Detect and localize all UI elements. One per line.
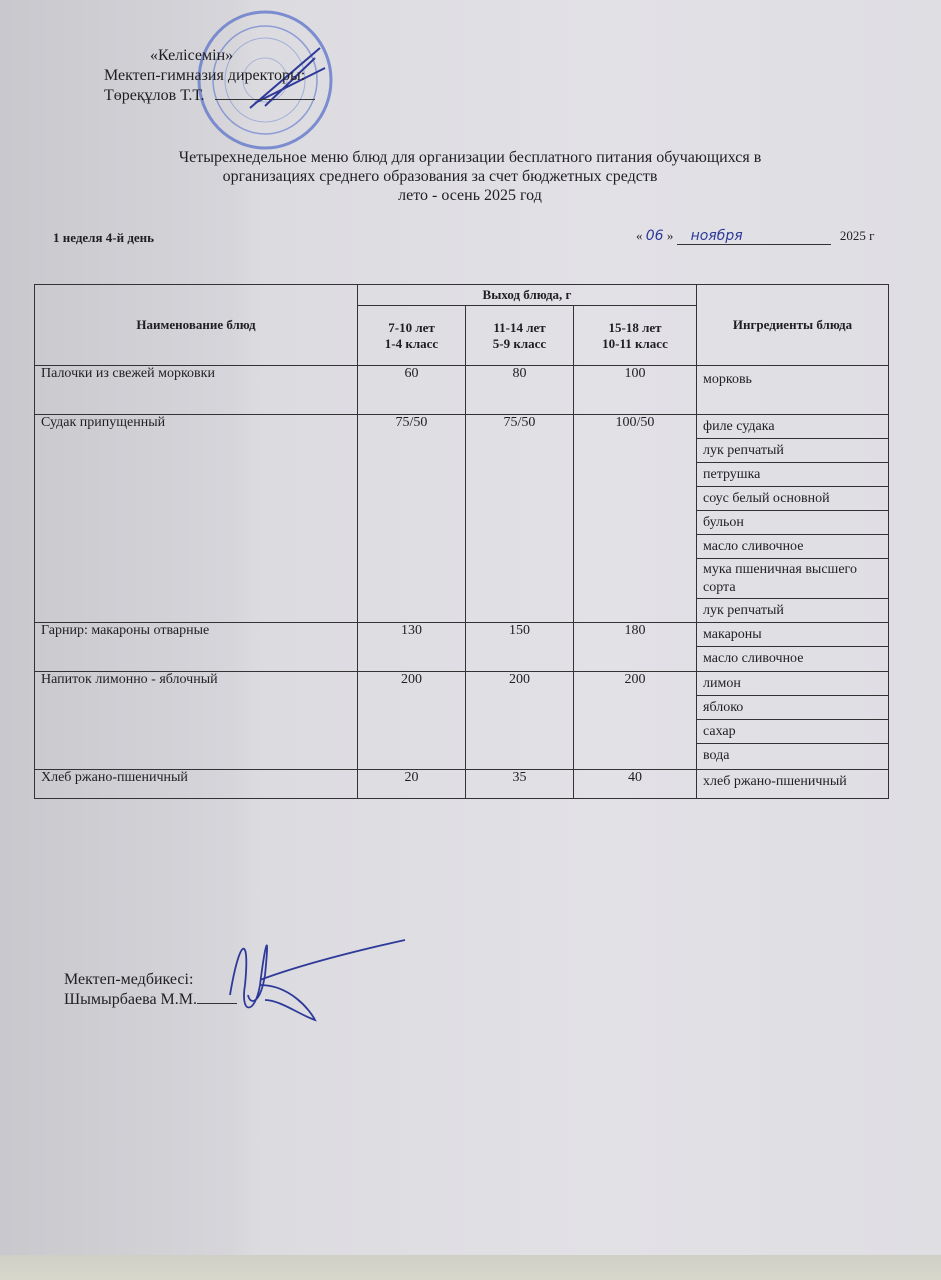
ingredient-item: соус белый основной xyxy=(697,487,888,511)
ingredient-item: лук репчатый xyxy=(697,439,888,463)
dish-name-cell: Напиток лимонно - яблочный xyxy=(35,672,358,770)
nurse-block: Мектеп-медбикесі: Шымырбаева М.М. xyxy=(64,970,237,1010)
date-open-quote: « xyxy=(636,228,643,243)
ingredient-item: сахар xyxy=(697,720,888,744)
nurse-signature-line xyxy=(197,1003,237,1004)
ingredient-item: петрушка xyxy=(697,463,888,487)
table-row: Палочки из свежей морковки6080100морковь xyxy=(35,366,889,415)
header-age-11-14: 11-14 лет5-9 класс xyxy=(466,306,574,366)
ingredient-item: бульон xyxy=(697,511,888,535)
ingredient-item: лук репчатый xyxy=(697,599,888,622)
ingredient-item: лимон xyxy=(697,672,888,696)
desk-surface xyxy=(0,1255,941,1280)
portion-15-18-cell: 180 xyxy=(574,623,697,672)
nurse-signature xyxy=(220,925,420,1025)
ingredient-item: мука пшеничная высшего сорта xyxy=(697,559,888,599)
table-row: Гарнир: макароны отварные130150180макаро… xyxy=(35,623,889,672)
ingredients-cell: макаронымасло сливочное xyxy=(697,623,889,672)
portion-7-10-cell: 130 xyxy=(358,623,466,672)
table-row: Судак припущенный75/5075/50100/50филе су… xyxy=(35,415,889,623)
menu-table: Наименование блюд Выход блюда, г Ингреди… xyxy=(34,284,889,799)
date-year: 2025 г xyxy=(840,228,875,243)
ingredient-item: яблоко xyxy=(697,696,888,720)
nurse-position: Мектеп-медбикесі: xyxy=(64,971,193,988)
portion-11-14-cell: 75/50 xyxy=(466,415,574,623)
ingredients-cell: лимоняблокосахарвода xyxy=(697,672,889,770)
ingredient-item: морковь xyxy=(697,366,888,394)
date-month: ноября xyxy=(677,228,831,245)
portion-7-10-cell: 20 xyxy=(358,770,466,799)
portion-11-14-cell: 35 xyxy=(466,770,574,799)
header-dish-name: Наименование блюд xyxy=(35,285,358,366)
portion-15-18-cell: 100 xyxy=(574,366,697,415)
title-line-3: лето - осень 2025 год xyxy=(398,187,542,204)
approval-agree-label: «Келісемін» xyxy=(104,46,315,66)
ingredient-item: масло сливочное xyxy=(697,535,888,559)
dish-name-cell: Судак припущенный xyxy=(35,415,358,623)
ingredient-item: филе судака xyxy=(697,415,888,439)
document-title: Четырехнедельное меню блюд для организац… xyxy=(100,148,840,205)
header-age-7-10: 7-10 лет1-4 класс xyxy=(358,306,466,366)
ingredient-item: хлеб ржано-пшеничный xyxy=(697,770,888,794)
ingredient-item: макароны xyxy=(697,623,888,647)
date-close-quote: » xyxy=(667,228,674,243)
director-signature-line xyxy=(215,99,315,100)
ingredients-cell: филе судакалук репчатыйпетрушкасоус белы… xyxy=(697,415,889,623)
portion-15-18-cell: 100/50 xyxy=(574,415,697,623)
title-line-2: организациях среднего образования за сче… xyxy=(40,167,840,186)
dish-name-cell: Палочки из свежей морковки xyxy=(35,366,358,415)
table-row: Напиток лимонно - яблочный200200200лимон… xyxy=(35,672,889,770)
title-line-1: Четырехнедельное меню блюд для организац… xyxy=(179,149,762,166)
nurse-name: Шымырбаева М.М. xyxy=(64,991,197,1008)
ingredient-item: вода xyxy=(697,744,888,767)
portion-11-14-cell: 200 xyxy=(466,672,574,770)
portion-15-18-cell: 200 xyxy=(574,672,697,770)
date-day: 06 xyxy=(646,228,664,244)
portion-7-10-cell: 60 xyxy=(358,366,466,415)
portion-11-14-cell: 80 xyxy=(466,366,574,415)
portion-11-14-cell: 150 xyxy=(466,623,574,672)
table-row: Хлеб ржано-пшеничный203540хлеб ржано-пше… xyxy=(35,770,889,799)
date-field: « 06 » ноября 2025 г xyxy=(636,228,874,245)
ingredients-cell: морковь xyxy=(697,366,889,415)
ingredient-item: масло сливочное xyxy=(697,647,888,670)
header-ingredients: Ингредиенты блюда xyxy=(697,285,889,366)
week-day-label: 1 неделя 4-й день xyxy=(53,230,154,246)
approval-block: «Келісемін» Мектеп-гимназия директоры: Т… xyxy=(104,46,315,106)
portion-7-10-cell: 200 xyxy=(358,672,466,770)
director-position: Мектеп-гимназия директоры: xyxy=(104,67,305,84)
director-name: Төреқұлов Т.Т. xyxy=(104,87,205,104)
dish-name-cell: Хлеб ржано-пшеничный xyxy=(35,770,358,799)
portion-7-10-cell: 75/50 xyxy=(358,415,466,623)
header-age-15-18: 15-18 лет10-11 класс xyxy=(574,306,697,366)
ingredients-cell: хлеб ржано-пшеничный xyxy=(697,770,889,799)
portion-15-18-cell: 40 xyxy=(574,770,697,799)
dish-name-cell: Гарнир: макароны отварные xyxy=(35,623,358,672)
header-output-group: Выход блюда, г xyxy=(358,285,697,306)
